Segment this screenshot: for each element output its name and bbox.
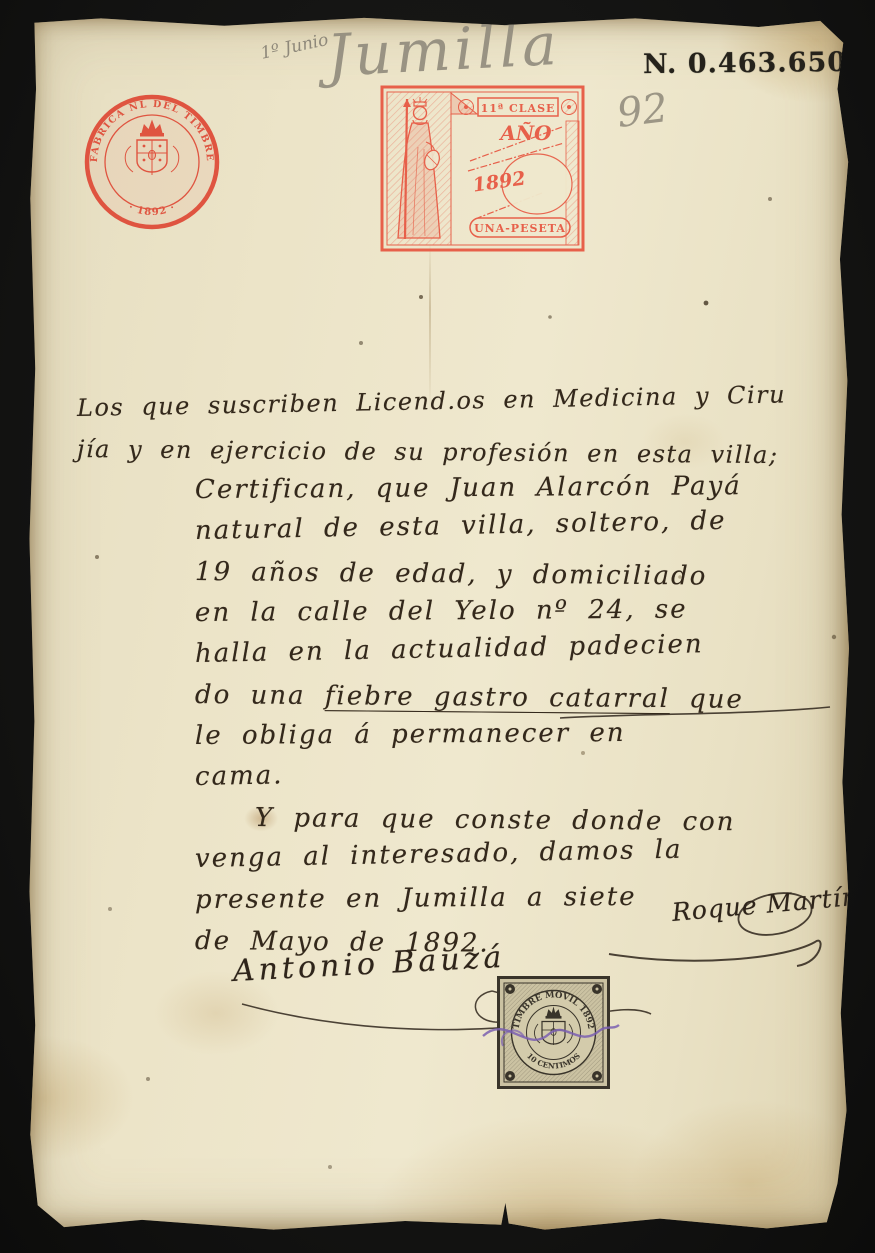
stamp-denomination: UNA-PESETA: [474, 222, 566, 235]
pencil-annotation-date: 1º Junio: [259, 30, 330, 64]
line-prefix: do una: [195, 680, 325, 711]
document-page: 1º Junio Jumilla 92 N. 0.463.650 FABRICA…: [27, 16, 849, 1232]
photo-background: 1º Junio Jumilla 92 N. 0.463.650 FABRICA…: [0, 0, 875, 1253]
line-suffix: que: [670, 684, 744, 715]
stamp-class-label: 11ª CLASE: [481, 102, 556, 115]
manuscript-body: Los que suscriben Licend.os en Medicina …: [77, 388, 817, 962]
paper-specks: [27, 16, 29, 18]
rosette-icon: [562, 100, 577, 115]
serial-number: N. 0.463.650: [643, 47, 847, 80]
diagnosis-underlined: fiebre gastro catarral: [325, 681, 670, 714]
tax-stamp: 11ª CLASE AÑO 1892 UNA-PESETA: [380, 85, 585, 252]
pencil-annotation-town: Jumilla: [325, 10, 562, 90]
stamp-ano-label: AÑO: [498, 121, 552, 145]
pencil-annotation-number: 92: [614, 85, 670, 137]
revenue-stamp: TIMBRE MOVIL 1892 10 CENTIMOS: [497, 976, 610, 1089]
fabrica-del-timbre-seal: FABRICA NL DEL TIMBRE · 1892 ·: [82, 92, 222, 232]
allegorical-figure-engraving: [387, 92, 451, 245]
manuscript-line: Los que suscriben Licend.os en Medicina …: [77, 374, 818, 429]
rosette-icon: [459, 100, 474, 115]
